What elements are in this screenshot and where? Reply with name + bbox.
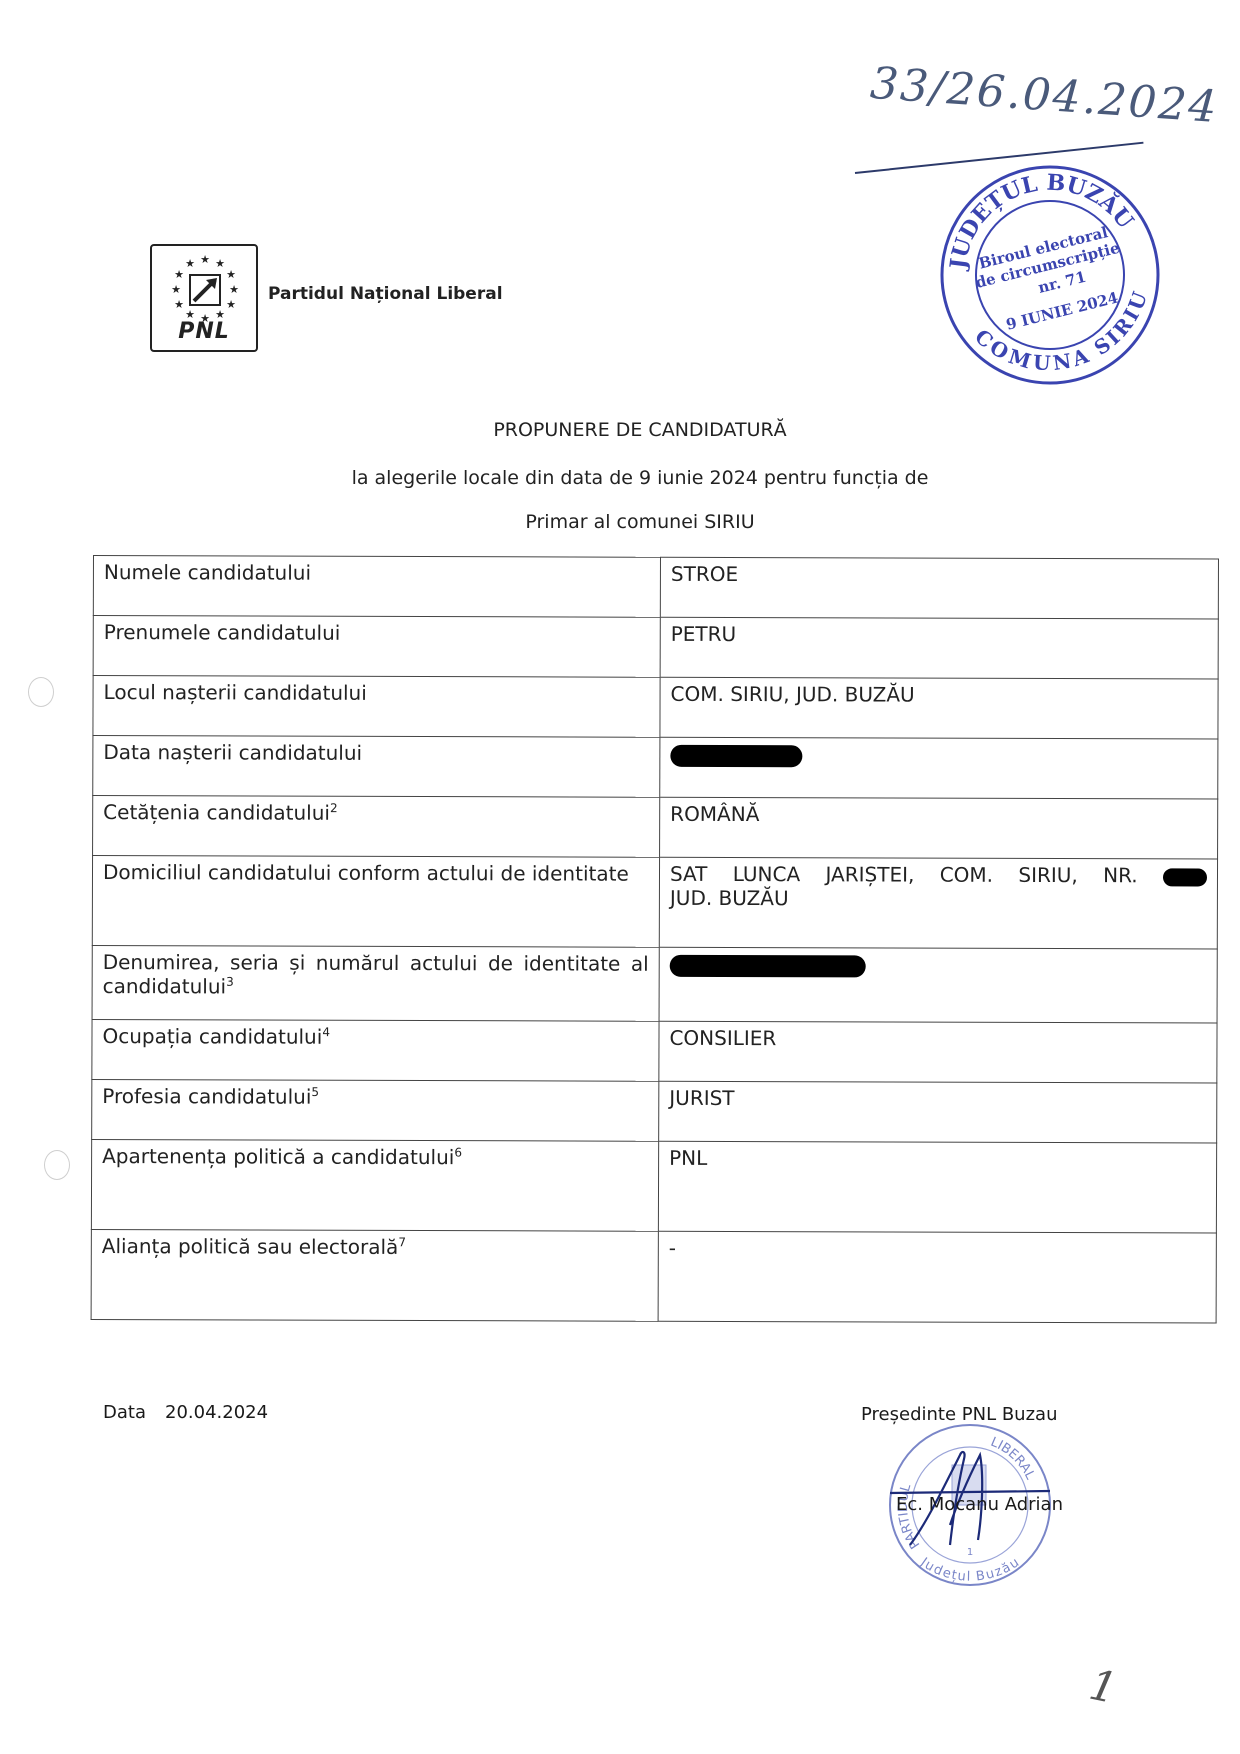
document-subtitle: la alegerile locale din data de 9 iunie … <box>0 467 1240 489</box>
redaction-block <box>670 744 802 766</box>
table-row: Domiciliul candidatului conform actului … <box>92 856 1217 950</box>
stars-arrow-icon: ★★★ ★★ ★★ ★★ ★★★ <box>162 252 248 322</box>
label-political-affiliation: Apartenența politică a candidatului6 <box>91 1139 658 1231</box>
label-alliance: Alianța politică sau electorală7 <box>91 1229 658 1321</box>
date-value: 20.04.2024 <box>165 1402 268 1423</box>
value-alliance: - <box>658 1231 1216 1323</box>
svg-text:★: ★ <box>229 283 239 296</box>
value-last-name: STROE <box>660 557 1218 619</box>
signatory-name: Ec. Mocanu Adrian <box>896 1494 1063 1515</box>
value-first-name: PETRU <box>660 617 1218 679</box>
svg-text:COMUNA SIRIU: COMUNA SIRIU <box>967 284 1165 390</box>
table-row: Locul nașterii candidatului COM. SIRIU, … <box>93 676 1218 740</box>
table-row: Ocupația candidatului4 CONSILIER <box>92 1019 1217 1083</box>
stamp-bottom-text: COMUNA SIRIU <box>967 284 1165 390</box>
label-profession: Profesia candidatului5 <box>92 1079 659 1141</box>
label-last-name: Numele candidatului <box>93 556 660 618</box>
label-occupation: Ocupația candidatului4 <box>92 1019 659 1081</box>
label-birthplace: Locul nașterii candidatului <box>93 676 660 738</box>
punch-hole <box>28 677 54 707</box>
svg-text:Județul Buzău: Județul Buzău <box>917 1555 1022 1585</box>
value-birth-date <box>660 737 1218 799</box>
table-row: Cetățenia candidatului2 ROMÂNĂ <box>93 796 1218 860</box>
label-citizenship: Cetățenia candidatului2 <box>93 796 660 858</box>
table-row: Data nașterii candidatului <box>93 736 1218 800</box>
value-profession: JURIST <box>659 1081 1217 1143</box>
value-id-document <box>659 947 1217 1023</box>
seal-text-bottom: Județul Buzău <box>917 1555 1022 1585</box>
punch-hole <box>44 1150 70 1180</box>
label-domicile: Domiciliul candidatului conform actului … <box>92 856 659 948</box>
table-row: Apartenența politică a candidatului6 PNL <box>91 1139 1216 1233</box>
value-political-affiliation: PNL <box>658 1141 1216 1233</box>
registration-number: 33/26.04.2024 <box>869 58 1220 133</box>
redaction-block <box>670 954 866 977</box>
pnl-logo: ★★★ ★★ ★★ ★★ ★★★ PNL <box>150 244 258 352</box>
value-occupation: CONSILIER <box>659 1021 1217 1083</box>
value-citizenship: ROMÂNĂ <box>660 797 1218 859</box>
table-row: Profesia candidatului5 JURIST <box>92 1079 1217 1143</box>
svg-text:★: ★ <box>174 298 184 311</box>
candidate-form-table: Numele candidatului STROE Prenumele cand… <box>91 555 1219 1324</box>
table-row: Numele candidatului STROE <box>93 556 1218 620</box>
seal-number: 1 <box>967 1547 973 1558</box>
table-row: Denumirea, seria și numărul actului de i… <box>92 945 1217 1023</box>
svg-text:LIBERAL: LIBERAL <box>988 1435 1037 1483</box>
logo-text: PNL <box>152 319 256 344</box>
date-label: Data <box>103 1402 146 1423</box>
electoral-office-stamp: JUDEȚUL BUZĂU COMUNA SIRIU Biroul electo… <box>935 160 1165 390</box>
value-domicile: SAT LUNCA JARIȘTEI, COM. SIRIU, NR. JUD.… <box>659 857 1217 949</box>
svg-text:★: ★ <box>215 257 225 270</box>
seal-text-right: LIBERAL <box>988 1435 1037 1483</box>
party-name: Partidul Național Liberal <box>268 284 503 304</box>
label-first-name: Prenumele candidatului <box>93 616 660 678</box>
svg-text:★: ★ <box>200 253 210 266</box>
page-mark: 1 <box>1085 1660 1121 1713</box>
svg-text:★: ★ <box>174 268 184 281</box>
label-id-document: Denumirea, seria și numărul actului de i… <box>92 945 659 1021</box>
document-function: Primar al comunei SIRIU <box>0 511 1240 533</box>
svg-text:★: ★ <box>185 257 195 270</box>
svg-text:★: ★ <box>171 283 181 296</box>
table-row: Alianța politică sau electorală7 - <box>91 1229 1216 1323</box>
svg-text:★: ★ <box>226 298 236 311</box>
document-title: PROPUNERE DE CANDIDATURĂ <box>0 419 1240 441</box>
signatory-title: Președinte PNL Buzau <box>861 1404 1057 1425</box>
label-birth-date: Data nașterii candidatului <box>93 736 660 798</box>
table-row: Prenumele candidatului PETRU <box>93 616 1218 680</box>
value-birthplace: COM. SIRIU, JUD. BUZĂU <box>660 677 1218 739</box>
svg-text:★: ★ <box>226 268 236 281</box>
